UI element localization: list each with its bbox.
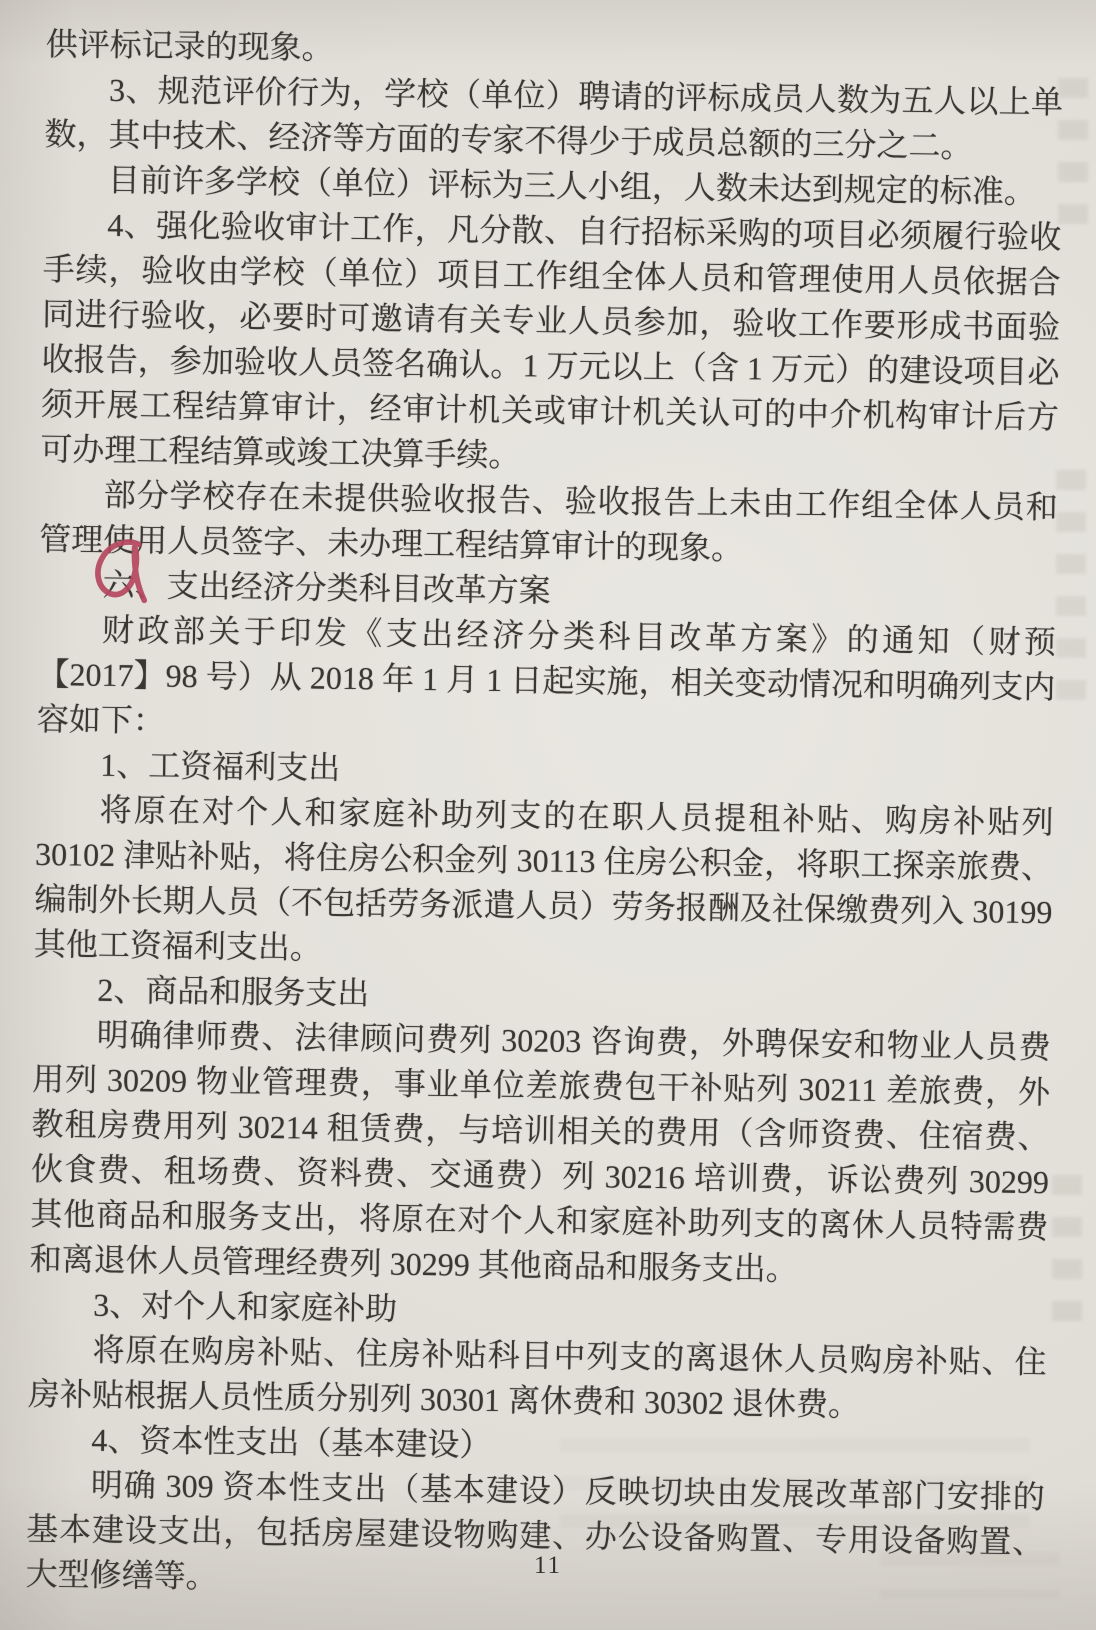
page-number: 11: [0, 1552, 1096, 1580]
paragraph-item-4-acceptance-audit: 4、强化验收审计工作，凡分散、自行招标采购的项目必须履行验收手续，验收由学校（单…: [40, 202, 1061, 485]
paragraph-item-1-detail: 将原在对个人和家庭补助列支的在职人员提租补贴、购房补贴列 30102 津贴补贴，…: [34, 787, 1054, 980]
paragraph-item-3-evaluation-rules: 3、规范评价行为，学校（单位）聘请的评标成员人数为五人以上单数，其中技术、经济等…: [44, 67, 1063, 170]
bleed-through-ghost: [1056, 470, 1086, 700]
page-text-block: 供评标记录的现象。 3、规范评价行为，学校（单位）聘请的评标成员人数为五人以上单…: [25, 22, 1064, 1610]
paragraph-issues-found: 部分学校存在未提供验收报告、验收报告上未由工作组全体人员和管理使用人员签字、未办…: [39, 472, 1058, 575]
bleed-through-ghost: [1052, 1175, 1082, 1335]
paragraph-item-2-detail: 明确律师费、法律顾问费列 30203 咨询费，外聘保安和物业人员费用列 3020…: [30, 1012, 1051, 1295]
paragraph-item-3-detail: 将原在购房补贴、住房补贴科目中列支的离退休人员购房补贴、住房补贴根据人员性质分别…: [28, 1327, 1047, 1430]
paragraph-item-4-detail: 明确 309 资本性支出（基本建设）反映切块由发展改革部门安排的基本建设支出，包…: [25, 1462, 1045, 1610]
scanned-document-page: 供评标记录的现象。 3、规范评价行为，学校（单位）聘请的评标成员人数为五人以上单…: [0, 0, 1096, 1630]
paragraph-mof-notice-intro: 财政部关于印发《支出经济分类科目改革方案》的通知（财预【2017】98 号）从 …: [37, 607, 1057, 755]
